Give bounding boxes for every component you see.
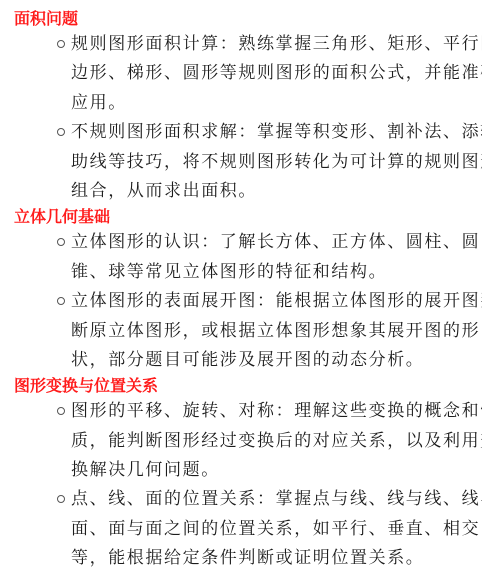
item-text-line: 状，部分题目可能涉及展开图的动态分析。 [71, 346, 474, 375]
item-text-line: 等，能根据给定条件判断或证明位置关系。 [71, 544, 474, 573]
bullet-list: 规则图形面积计算：熟练掌握三角形、矩形、平行四 边形、梯形、圆形等规则图形的面积… [0, 30, 482, 206]
hollow-circle-bullet-icon [57, 128, 65, 136]
list-item: 规则图形面积计算：熟练掌握三角形、矩形、平行四 边形、梯形、圆形等规则图形的面积… [0, 30, 482, 118]
list-item: 图形的平移、旋转、对称：理解这些变换的概念和性 质，能判断图形经过变换后的对应关… [0, 397, 482, 485]
item-text-line: 组合，从而求出面积。 [71, 177, 474, 206]
item-text-line: 锥、球等常见立体图形的特征和结构。 [71, 258, 474, 287]
hollow-circle-bullet-icon [57, 407, 65, 415]
item-text-line: 边形、梯形、圆形等规则图形的面积公式，并能准确 [71, 59, 474, 88]
item-text-line: 图形的平移、旋转、对称：理解这些变换的概念和性 [71, 397, 474, 426]
list-item: 点、线、面的位置关系：掌握点与线、线与线、线与 面、面与面之间的位置关系，如平行… [0, 485, 482, 573]
item-text-line: 换解决几何问题。 [71, 456, 474, 485]
section-transformations-positions: 图形变换与位置关系 图形的平移、旋转、对称：理解这些变换的概念和性 质，能判断图… [0, 375, 482, 573]
item-text-line: 助线等技巧，将不规则图形转化为可计算的规则图形 [71, 148, 474, 177]
item-text-line: 立体图形的认识：了解长方体、正方体、圆柱、圆 [71, 228, 474, 257]
item-text-line: 规则图形面积计算：熟练掌握三角形、矩形、平行四 [71, 30, 474, 59]
bullet-list: 图形的平移、旋转、对称：理解这些变换的概念和性 质，能判断图形经过变换后的对应关… [0, 397, 482, 573]
section-title: 立体几何基础 [0, 206, 482, 228]
hollow-circle-bullet-icon [57, 297, 65, 305]
hollow-circle-bullet-icon [57, 238, 65, 246]
bullet-list: 立体图形的认识：了解长方体、正方体、圆柱、圆 锥、球等常见立体图形的特征和结构。… [0, 228, 482, 375]
hollow-circle-bullet-icon [57, 495, 65, 503]
section-title: 图形变换与位置关系 [0, 375, 482, 397]
item-text-line: 不规则图形面积求解：掌握等积变形、割补法、添辅 [71, 118, 474, 147]
item-text-line: 应用。 [71, 89, 474, 118]
section-solid-geometry: 立体几何基础 立体图形的认识：了解长方体、正方体、圆柱、圆 锥、球等常见立体图形… [0, 206, 482, 375]
item-text-line: 面、面与面之间的位置关系，如平行、垂直、相交 [71, 515, 474, 544]
item-text-line: 点、线、面的位置关系：掌握点与线、线与线、线与 [71, 485, 474, 514]
hollow-circle-bullet-icon [57, 40, 65, 48]
list-item: 不规则图形面积求解：掌握等积变形、割补法、添辅 助线等技巧，将不规则图形转化为可… [0, 118, 482, 206]
list-item: 立体图形的认识：了解长方体、正方体、圆柱、圆 锥、球等常见立体图形的特征和结构。 [0, 228, 482, 287]
item-text-line: 立体图形的表面展开图：能根据立体图形的展开图判 [71, 287, 474, 316]
section-title: 面积问题 [0, 8, 482, 30]
item-text-line: 断原立体图形，或根据立体图形想象其展开图的形 [71, 317, 474, 346]
section-area-problems: 面积问题 规则图形面积计算：熟练掌握三角形、矩形、平行四 边形、梯形、圆形等规则… [0, 8, 482, 206]
list-item: 立体图形的表面展开图：能根据立体图形的展开图判 断原立体图形，或根据立体图形想象… [0, 287, 482, 375]
item-text-line: 质，能判断图形经过变换后的对应关系，以及利用变 [71, 427, 474, 456]
document: 面积问题 规则图形面积计算：熟练掌握三角形、矩形、平行四 边形、梯形、圆形等规则… [0, 0, 482, 574]
